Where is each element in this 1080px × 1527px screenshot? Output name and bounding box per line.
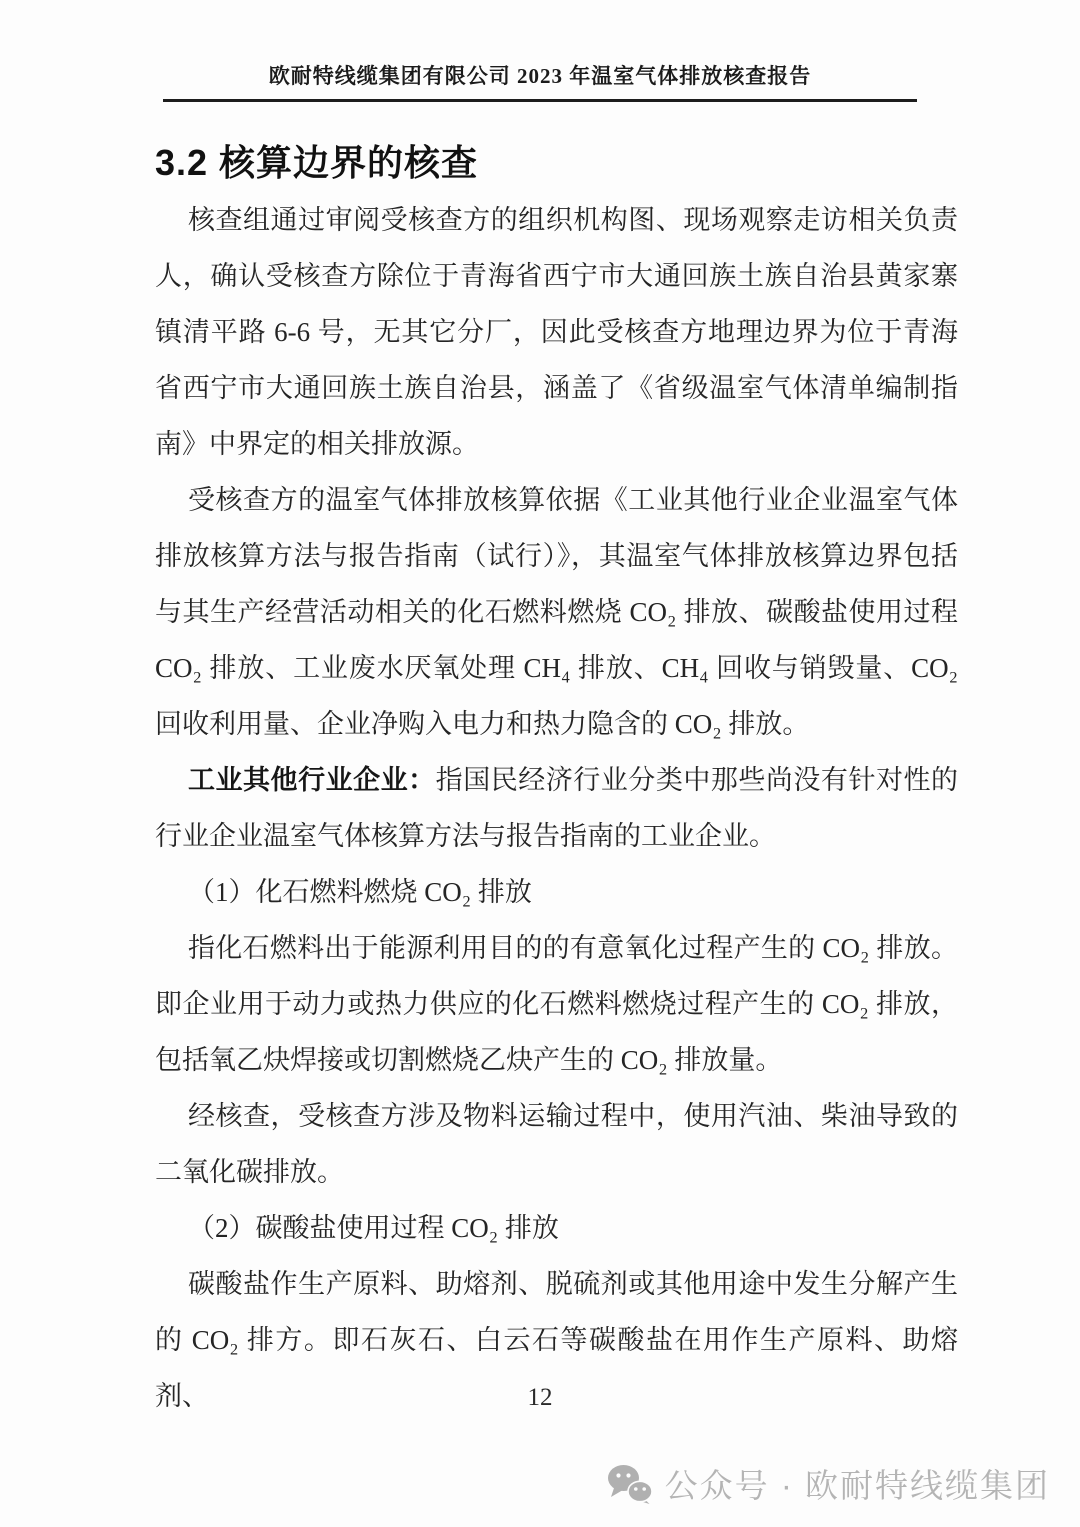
paragraph-term-definition: 工业其他行业企业：指国民经济行业分类中那些尚没有针对性的行业企业温室气体核算方法… [155,752,958,864]
watermark-label: 公众号 · 欧耐特线缆集团 [665,1460,1050,1507]
list-item-2-heading: （2）碳酸盐使用过程 CO₂ 排放 [155,1200,958,1256]
paragraph-fossil-fuel-definition: 指化石燃料出于能源利用目的的有意氧化过程产生的 CO₂ 排放。即企业用于动力或热… [155,920,958,1088]
term-label: 工业其他行业企业： [188,765,436,795]
paragraph-boundary-verification: 核查组通过审阅受核查方的组织机构图、现场观察走访相关负责人，确认受核查方除位于青… [155,192,958,472]
list-item-1-heading: （1）化石燃料燃烧 CO₂ 排放 [155,864,958,920]
paragraph-transport-emissions: 经核查，受核查方涉及物料运输过程中，使用汽油、柴油导致的二氧化碳排放。 [155,1088,958,1200]
wechat-icon [607,1464,653,1504]
header-rule [163,99,917,102]
paragraph-accounting-basis: 受核查方的温室气体排放核算依据《工业其他行业企业温室气体排放核算方法与报告指南（… [155,472,958,752]
section-heading: 3.2 核算边界的核查 [155,135,958,186]
watermark: 公众号 · 欧耐特线缆集团 [607,1460,1050,1507]
document-body: 3.2 核算边界的核查 核查组通过审阅受核查方的组织机构图、现场观察走访相关负责… [155,135,958,1424]
page-number: 12 [0,1384,1080,1412]
header-title: 欧耐特线缆集团有限公司 2023 年温室气体排放核查报告 [0,0,1080,90]
document-page: 欧耐特线缆集团有限公司 2023 年温室气体排放核查报告 3.2 核算边界的核查… [0,0,1080,1527]
